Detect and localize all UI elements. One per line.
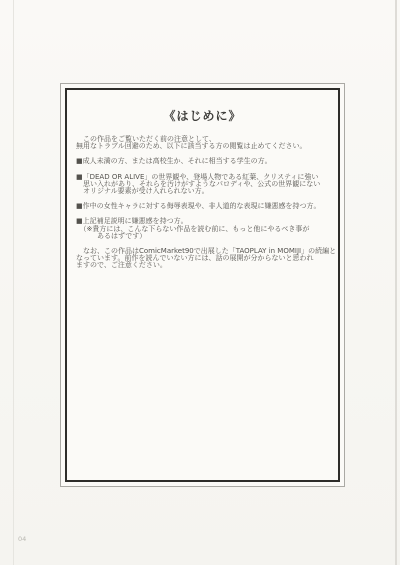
bullet-meta-note: ■上記補足説明に嫌悪感を持つ方。 （※貴方には、こんな下らない作品を読む前に、も… — [76, 218, 333, 240]
text-line: あるはずです） — [76, 233, 333, 240]
intro-paragraph: この作品をご覧いただく前の注意として、 無用なトラブル回避のため、以下に該当する… — [76, 136, 333, 150]
page-title: 《はじめに》 — [67, 107, 338, 124]
text-line: 無用なトラブル回避のため、以下に該当する方の閲覧は止めてください。 — [76, 143, 333, 150]
bullet-doa-worldview: ■「DEAD OR ALIVE」の世界観や、登場人物である紅葉、クリスティに強い… — [76, 174, 333, 196]
scan-edge-left — [13, 0, 14, 565]
text-line: オリジナル要素が受け入れられない方。 — [76, 188, 333, 195]
scanned-page: 《はじめに》 この作品をご覧いただく前の注意として、 無用なトラブル回避のため、… — [0, 0, 400, 565]
notice-body: この作品をご覧いただく前の注意として、 無用なトラブル回避のため、以下に該当する… — [76, 136, 333, 270]
bullet-minors: ■成人未満の方、または高校生か、それに相当する学生の方。 — [76, 158, 333, 165]
notice-box-inner: 《はじめに》 この作品をご覧いただく前の注意として、 無用なトラブル回避のため、… — [65, 88, 340, 482]
postscript-paragraph: なお、この作品はComicMarket90で出展した「TAOPLAY in MO… — [76, 248, 333, 270]
text-line: ■成人未満の方、または高校生か、それに相当する学生の方。 — [76, 158, 333, 165]
page-number: 04 — [18, 535, 26, 543]
bullet-expression: ■作中の女性キャラに対する侮辱表現や、非人道的な表現に嫌悪感を持つ方。 — [76, 203, 333, 210]
notice-box: 《はじめに》 この作品をご覧いただく前の注意として、 無用なトラブル回避のため、… — [60, 83, 345, 487]
text-line: ますので、ご注意ください。 — [76, 262, 333, 269]
scan-edge-right — [395, 0, 397, 565]
text-line: ■作中の女性キャラに対する侮辱表現や、非人道的な表現に嫌悪感を持つ方。 — [76, 203, 333, 210]
